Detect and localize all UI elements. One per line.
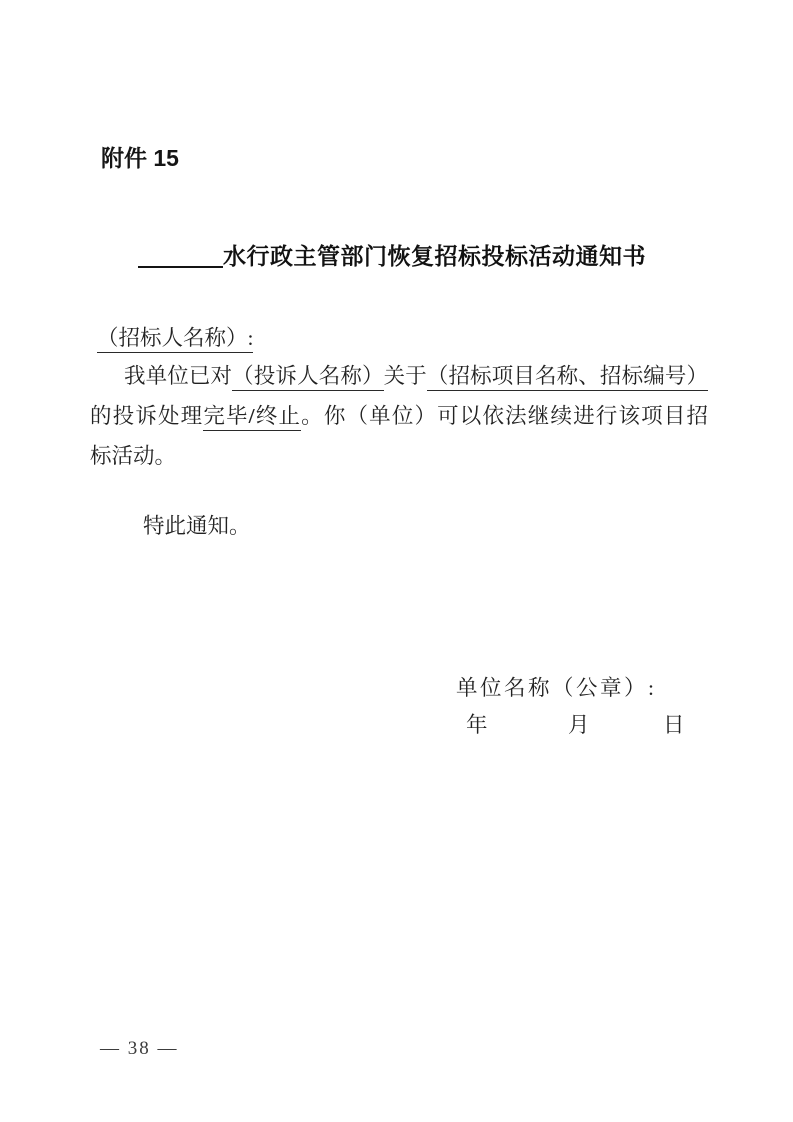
body-line-1: 我单位已对（投诉人名称）关于（招标项目名称、招标编号）: [90, 356, 708, 396]
body-text: 我单位已对: [124, 364, 232, 388]
body-text: 。你（单位）可以依法继续进行该项目招: [301, 404, 708, 428]
page-number: — 38 —: [100, 1038, 179, 1060]
addressee-line: （招标人名称）:: [97, 321, 253, 352]
document-title: 水行政主管部门恢复招标投标活动通知书: [223, 243, 646, 269]
title-blank-underline: [138, 243, 223, 268]
attachment-label: 附件 15: [101, 140, 179, 173]
document-page: 附件 15 水行政主管部门恢复招标投标活动通知书 （招标人名称）: 我单位已对（…: [0, 0, 793, 1122]
date-month-label: 月: [568, 708, 590, 739]
status-done-option: 完毕: [203, 404, 248, 431]
body-line-3: 标活动。: [90, 436, 708, 476]
complainant-name-blank: （投诉人名称）: [232, 364, 383, 391]
body-text: 的投诉处理: [90, 404, 203, 428]
body-text: 标活动。: [90, 444, 176, 468]
body-paragraph: 我单位已对（投诉人名称）关于（招标项目名称、招标编号） 的投诉处理完毕/终止。你…: [90, 356, 708, 476]
date-day-label: 日: [663, 708, 685, 739]
signature-date-line: 年 月 日: [0, 708, 793, 734]
project-name-blank: （招标项目名称、招标编号）: [427, 364, 708, 391]
signature-unit-label: 单位名称（公章）:: [456, 671, 656, 702]
document-title-line: 水行政主管部门恢复招标投标活动通知书: [138, 238, 646, 271]
status-slash: /: [249, 404, 255, 431]
addressee-blank: （招标人名称）:: [97, 326, 253, 353]
status-terminated-option: 终止: [255, 404, 302, 431]
body-text: 关于: [384, 364, 427, 388]
body-line-2: 的投诉处理完毕/终止。你（单位）可以依法继续进行该项目招: [90, 396, 708, 436]
date-year-label: 年: [466, 708, 488, 739]
notice-line: 特此通知。: [90, 506, 251, 546]
